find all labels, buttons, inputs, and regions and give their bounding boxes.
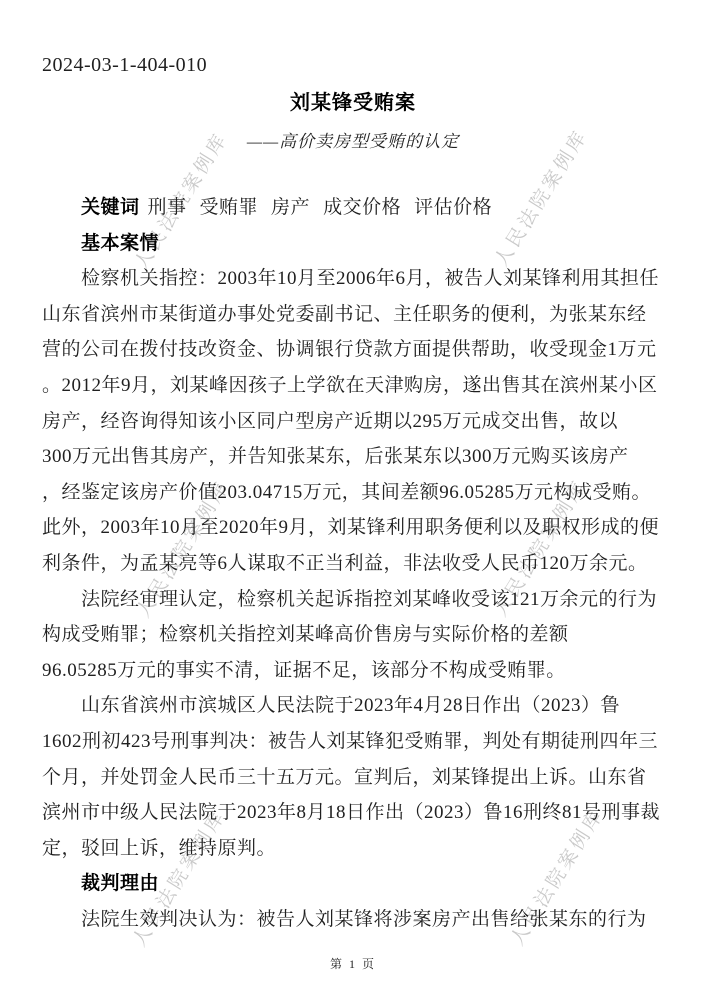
keywords-label: 关键词 [81, 197, 140, 218]
section-heading-judgment-reasons: 裁判理由 [42, 866, 664, 902]
body-line: 个月，并处罚金人民币三十五万元。宣判后，刘某锋提出上诉。山东省 [42, 760, 664, 796]
body-line: ，经鉴定该房产价值203.04715万元，其间差额96.05285万元构成受贿。 [42, 475, 664, 511]
body-line: 房产，经咨询得知该小区同户型房产近期以295万元成交出售，故以 [42, 404, 664, 440]
keyword-item: 成交价格 [323, 197, 401, 218]
keyword-item: 房产 [271, 197, 310, 218]
body-line: 定，驳回上诉，维持原判。 [42, 831, 664, 867]
body-line: 滨州市中级人民法院于2023年8月18日作出（2023）鲁16刑终81号刑事裁 [42, 795, 664, 831]
body-line: 山东省滨州市某街道办事处党委副书记、主任职务的便利，为张某东经 [42, 297, 664, 333]
keyword-item: 评估价格 [414, 197, 492, 218]
body-line: 1602刑初423号刑事判决：被告人刘某锋犯受贿罪，判处有期徒刑四年三 [42, 724, 664, 760]
document-page: 人民法院案例库 人民法院案例库 人民法院案例库 人民法院案例库 人民法院案例库 … [0, 0, 706, 999]
body-line: 利条件，为孟某亮等6人谋取不正当利益，非法收受人民币120万余元。 [42, 546, 664, 582]
keyword-item: 受贿罪 [200, 197, 259, 218]
body-line: 构成受贿罪；检察机关指控刘某峰高价售房与实际价格的差额 [42, 617, 664, 653]
document-content: 2024-03-1-404-010 刘某锋受贿案 ——高价卖房型受贿的认定 关键… [0, 52, 706, 937]
body-line: 营的公司在拨付技改资金、协调银行贷款方面提供帮助，收受现金1万元 [42, 332, 664, 368]
doc-number: 2024-03-1-404-010 [42, 52, 664, 78]
body-line: 法院生效判决认为：被告人刘某锋将涉案房产出售给张某东的行为 [42, 902, 664, 938]
keywords-row: 关键词刑事受贿罪房产成交价格评估价格 [42, 190, 664, 226]
case-subtitle: ——高价卖房型受贿的认定 [42, 130, 664, 154]
body-line: 此外，2003年10月至2020年9月，刘某锋利用职务便利以及职权形成的便 [42, 510, 664, 546]
keyword-item: 刑事 [148, 197, 187, 218]
body-line: 。2012年9月，刘某峰因孩子上学欲在天津购房，遂出售其在滨州某小区 [42, 368, 664, 404]
case-title: 刘某锋受贿案 [42, 88, 664, 118]
body-line: 山东省滨州市滨城区人民法院于2023年4月28日作出（2023）鲁 [42, 688, 664, 724]
body-line: 法院经审理认定，检察机关起诉指控刘某峰收受该121万余元的行为 [42, 582, 664, 618]
body-line: 300万元出售其房产，并告知张某东，后张某东以300万元购买该房产 [42, 439, 664, 475]
section-heading-basic-facts: 基本案情 [42, 226, 664, 262]
body-line: 96.05285万元的事实不清，证据不足，该部分不构成受贿罪。 [42, 653, 664, 689]
body-line: 检察机关指控：2003年10月至2006年6月，被告人刘某锋利用其担任 [42, 261, 664, 297]
page-number: 第 1 页 [0, 955, 706, 973]
